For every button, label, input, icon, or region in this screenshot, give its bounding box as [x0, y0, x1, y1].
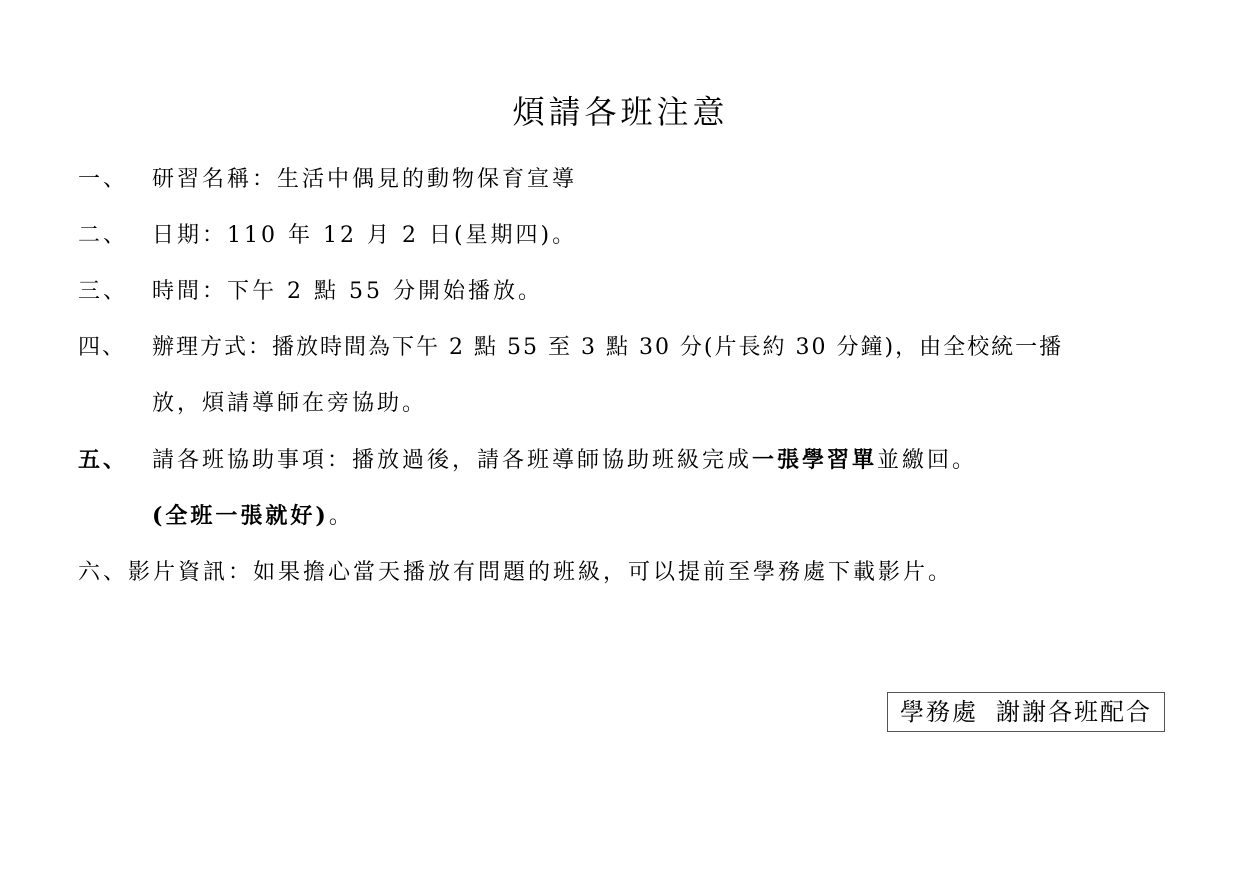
item-number: 一、	[78, 165, 152, 195]
item-text-line2: 放，煩請導師在旁協助。	[152, 391, 427, 416]
list-item-4-continuation: 放，煩請導師在旁協助。	[152, 389, 427, 419]
footer-office: 學務處	[900, 698, 978, 726]
item-text-line1: 辦理方式：播放時間為下午 2 點 55 至 3 點 30 分(片長約 30 分鐘…	[152, 335, 1063, 360]
list-item-5-continuation: (全班一張就好)。	[152, 501, 354, 532]
item-text: 日期：110 年 12 月 2 日(星期四)。	[152, 223, 577, 248]
list-item-2: 二、日期：110 年 12 月 2 日(星期四)。	[78, 221, 577, 251]
footer-signature-box: 學務處謝謝各班配合	[887, 692, 1165, 732]
item-text: 時間：下午 2 點 55 分開始播放。	[152, 279, 543, 304]
list-item-6: 六、影片資訊：如果擔心當天播放有問題的班級，可以提前至學務處下載影片。	[78, 558, 953, 588]
item-number: 三、	[78, 277, 152, 307]
list-item-1: 一、研習名稱：生活中偶見的動物保育宣導	[78, 165, 577, 195]
item-line2-bold: (全班一張就好)	[152, 503, 329, 529]
item-number: 六、	[78, 558, 128, 588]
item-text: 影片資訊：如果擔心當天播放有問題的班級，可以提前至學務處下載影片。	[128, 560, 953, 585]
item-number: 二、	[78, 221, 152, 251]
item-text-after-bold: 並繳回。	[877, 448, 977, 473]
item-text-before-bold: 請各班協助事項：播放過後，請各班導師協助班級完成	[152, 448, 752, 473]
document-page: 煩請各班注意 一、研習名稱：生活中偶見的動物保育宣導 二、日期：110 年 12…	[0, 0, 1241, 874]
item-text: 研習名稱：生活中偶見的動物保育宣導	[152, 167, 577, 192]
list-item-4: 四、辦理方式：播放時間為下午 2 點 55 至 3 點 30 分(片長約 30 …	[78, 333, 1063, 363]
item-text-bold: 一張學習單	[752, 447, 877, 473]
footer-thanks: 謝謝各班配合	[996, 698, 1152, 726]
item-number: 五、	[78, 445, 152, 475]
list-item-3: 三、時間：下午 2 點 55 分開始播放。	[78, 277, 543, 307]
page-title: 煩請各班注意	[0, 92, 1241, 132]
item-number: 四、	[78, 333, 152, 363]
list-item-5: 五、請各班協助事項：播放過後，請各班導師協助班級完成一張學習單並繳回。	[78, 445, 977, 476]
item-line2-after: 。	[329, 504, 354, 529]
